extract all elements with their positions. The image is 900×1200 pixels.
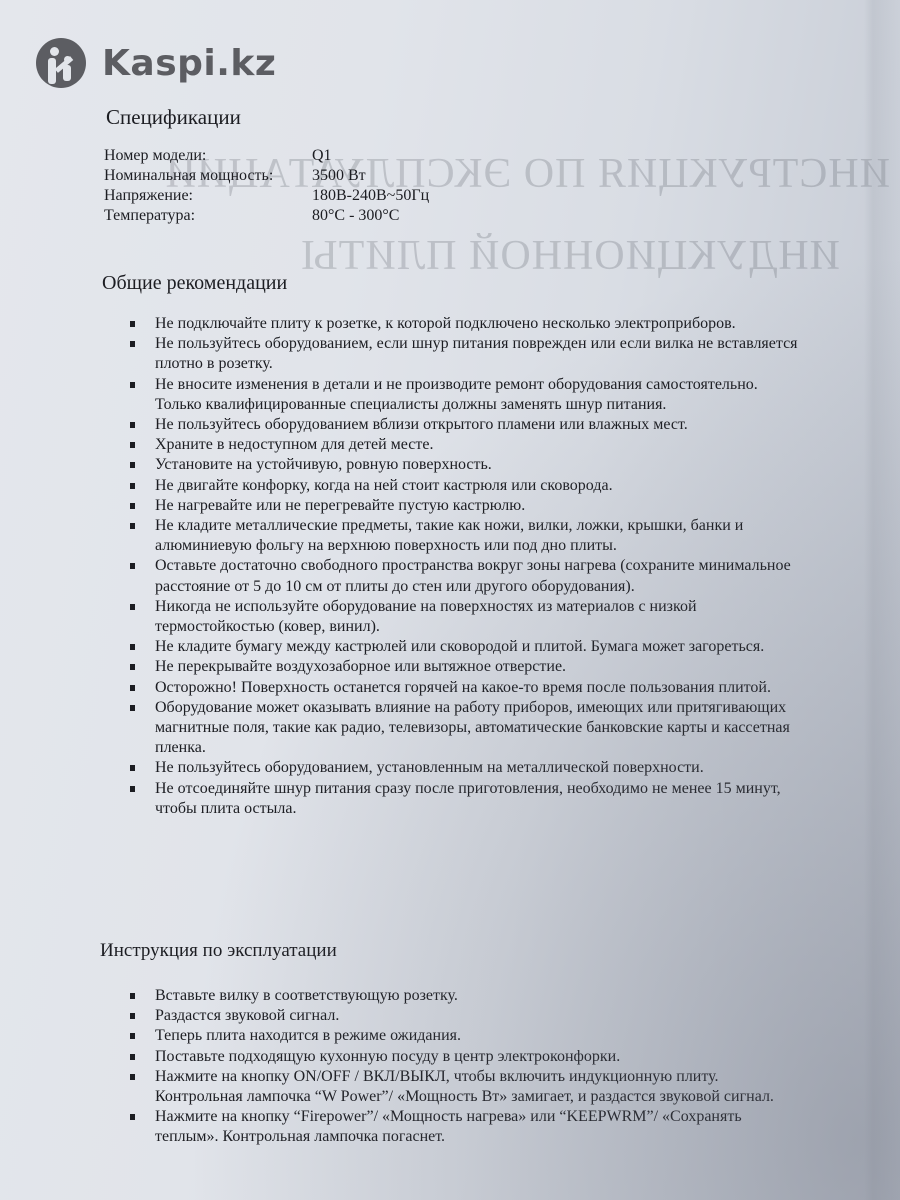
list-item: Не пользуйтесь оборудованием, если шнур … bbox=[126, 334, 806, 374]
list-item: Вставьте вилку в соответствующую розетку… bbox=[126, 986, 806, 1006]
brand-name: Kaspi.kz bbox=[102, 43, 276, 84]
specifications-heading: Спецификации bbox=[106, 105, 241, 130]
list-item: Не пользуйтесь оборудованием, установлен… bbox=[126, 758, 806, 778]
spec-label: Напряжение: bbox=[104, 186, 312, 206]
spec-value: 180В-240В~50Гц bbox=[312, 186, 429, 206]
list-item: Не двигайте конфорку, когда на ней стоит… bbox=[126, 476, 806, 496]
list-item: Не перекрывайте воздухозаборное или вытя… bbox=[126, 657, 806, 677]
list-item: Не кладите металлические предметы, такие… bbox=[126, 516, 806, 556]
operating-instructions-list: Вставьте вилку в соответствующую розетку… bbox=[126, 986, 806, 1148]
list-item: Не нагревайте или не перегревайте пустую… bbox=[126, 496, 806, 516]
spec-value: Q1 bbox=[312, 146, 332, 166]
list-item: Не вносите изменения в детали и не произ… bbox=[126, 375, 806, 415]
brand-logo: Kaspi.kz bbox=[36, 38, 276, 88]
specifications-table: Номер модели: Q1 Номинальная мощность: 3… bbox=[104, 146, 429, 226]
list-item: Храните в недоступном для детей месте. bbox=[126, 435, 806, 455]
list-item: Поставьте подходящую кухонную посуду в ц… bbox=[126, 1047, 806, 1067]
list-item: Нажмите на кнопку “Firepower”/ «Мощность… bbox=[126, 1107, 806, 1147]
spec-label: Номинальная мощность: bbox=[104, 166, 312, 186]
list-item: Установите на устойчивую, ровную поверхн… bbox=[126, 455, 806, 475]
spec-label: Температура: bbox=[104, 206, 312, 226]
bleed-through-text-line2: ИНДУКЦИОННОЙ ПЛИТЫ bbox=[250, 232, 890, 280]
list-item: Никогда не используйте оборудование на п… bbox=[126, 597, 806, 637]
spec-row: Температура: 80°C - 300°C bbox=[104, 206, 429, 226]
operating-instructions-heading: Инструкция по эксплуатации bbox=[100, 940, 337, 962]
list-item: Раздастся звуковой сигнал. bbox=[126, 1006, 806, 1026]
spec-row: Напряжение: 180В-240В~50Гц bbox=[104, 186, 429, 206]
list-item: Оборудование может оказывать влияние на … bbox=[126, 698, 806, 759]
kaspi-family-icon bbox=[36, 38, 86, 88]
list-item: Оставьте достаточно свободного пространс… bbox=[126, 556, 806, 596]
general-recommendations-list: Не подключайте плиту к розетке, к которо… bbox=[126, 314, 806, 819]
list-item: Осторожно! Поверхность останется горячей… bbox=[126, 678, 806, 698]
general-recommendations-heading: Общие рекомендации bbox=[102, 272, 287, 295]
list-item: Не пользуйтесь оборудованием вблизи откр… bbox=[126, 415, 806, 435]
spec-value: 3500 Вт bbox=[312, 166, 366, 186]
list-item: Не отсоединяйте шнур питания сразу после… bbox=[126, 779, 806, 819]
list-item: Теперь плита находится в режиме ожидания… bbox=[126, 1026, 806, 1046]
spec-value: 80°C - 300°C bbox=[312, 206, 399, 226]
list-item: Нажмите на кнопку ON/OFF / ВКЛ/ВЫКЛ, что… bbox=[126, 1067, 806, 1107]
spec-row: Номинальная мощность: 3500 Вт bbox=[104, 166, 429, 186]
spec-row: Номер модели: Q1 bbox=[104, 146, 429, 166]
list-item: Не подключайте плиту к розетке, к которо… bbox=[126, 314, 806, 334]
list-item: Не кладите бумагу между кастрюлей или ск… bbox=[126, 637, 806, 657]
spec-label: Номер модели: bbox=[104, 146, 312, 166]
